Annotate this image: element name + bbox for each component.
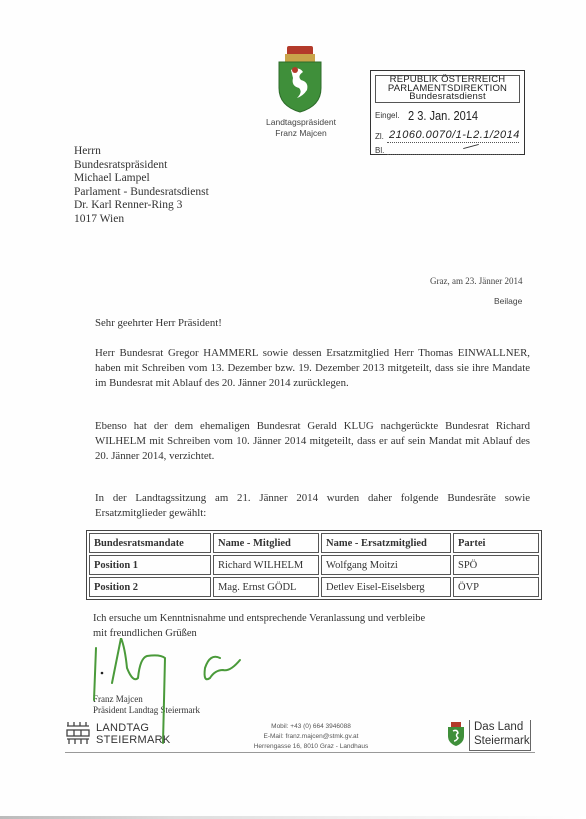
- table-cell: Position 2: [89, 577, 211, 597]
- paragraph-3: In der Landtagssitzung am 21. Jänner 201…: [95, 491, 530, 521]
- landtag-steiermark-logo-text: LANDTAG STEIERMARK: [96, 722, 171, 746]
- logo-line-2: STEIERMARK: [96, 734, 171, 746]
- closing-text: Ich ersuche um Kenntnisnahme und entspre…: [93, 612, 425, 641]
- receipt-stamp: REPUBLIK ÖSTERREICH PARLAMENTSDIREKTION …: [370, 70, 525, 155]
- address-line: Parlament - Bundesratsdienst: [74, 186, 209, 200]
- brand-line-2: Steiermark: [474, 734, 530, 748]
- table-cell: Mag. Ernst GÖDL: [213, 577, 319, 597]
- recipient-address: Herrn Bundesratspräsident Michael Lampel…: [74, 145, 209, 227]
- table-cell: Detlev Eisel-Eiselsberg: [321, 577, 451, 597]
- header-cell: Name - Mitglied: [213, 533, 319, 553]
- place-and-date: Graz, am 23. Jänner 2014: [430, 276, 522, 286]
- logo-line-1: LANDTAG: [96, 722, 171, 734]
- header-cell: Partei: [453, 533, 539, 553]
- paragraph-1: Herr Bundesrat Gregor HAMMERL sowie dess…: [95, 346, 530, 391]
- contact-email[interactable]: E-Mail: franz.majcen@stmk.gv.at: [232, 732, 390, 742]
- table-header-row: Bundesratsmandate Name - Mitglied Name -…: [89, 533, 539, 553]
- table-cell: Richard WILHELM: [213, 555, 319, 575]
- address-line: Michael Lampel: [74, 172, 209, 186]
- table-cell: Position 1: [89, 555, 211, 575]
- letterhead: Landtagspräsident Franz Majcen: [236, 117, 366, 139]
- stamp-bl-label: Bl.: [375, 146, 384, 155]
- stamp-header-box: REPUBLIK ÖSTERREICH PARLAMENTSDIREKTION …: [375, 75, 520, 103]
- address-line: Bundesratspräsident: [74, 159, 209, 173]
- mandates-table: Bundesratsmandate Name - Mitglied Name -…: [86, 530, 542, 600]
- das-land-steiermark-logo: Das Land Steiermark: [469, 720, 531, 751]
- letter-page: Landtagspräsident Franz Majcen REPUBLIK …: [0, 0, 586, 819]
- closing-line-1: Ich ersuche um Kenntnisnahme und entspre…: [93, 612, 425, 627]
- salutation: Sehr geehrter Herr Präsident!: [95, 317, 222, 329]
- stamp-line-3: Bundesratsdienst: [376, 93, 519, 102]
- styrian-coat-of-arms-icon: [273, 44, 327, 114]
- contact-mobile: Mobil: +43 (0) 664 3946088: [232, 722, 390, 732]
- paragraph-2: Ebenso hat der dem ehemaligen Bundesrat …: [95, 419, 530, 464]
- brand-line-1: Das Land: [474, 720, 530, 734]
- table-row: Position 1 Richard WILHELM Wolfgang Moit…: [89, 555, 539, 575]
- stamp-eingel-label: Eingel.: [375, 111, 399, 120]
- header-cell: Bundesratsmandate: [89, 533, 211, 553]
- header-cell: Name - Ersatzmitglied: [321, 533, 451, 553]
- table-cell: SPÖ: [453, 555, 539, 575]
- address-line: Dr. Karl Renner-Ring 3: [74, 199, 209, 213]
- stamp-zl-label: Zl.: [375, 132, 384, 141]
- stamp-zl-dots: [387, 142, 519, 143]
- letterhead-title: Landtagspräsident: [236, 117, 366, 128]
- contact-address: Herrengasse 16, 8010 Graz - Landhaus: [232, 742, 390, 752]
- stamp-bl-dots: [387, 154, 519, 155]
- contact-info: Mobil: +43 (0) 664 3946088 E-Mail: franz…: [232, 722, 390, 752]
- table-cell: ÖVP: [453, 577, 539, 597]
- footer-divider: [65, 752, 535, 753]
- landtag-building-icon: [66, 722, 90, 744]
- table-cell: Wolfgang Moitzi: [321, 555, 451, 575]
- address-line: Herrn: [74, 145, 209, 159]
- enclosure-note: Beilage: [494, 296, 522, 306]
- letterhead-name: Franz Majcen: [236, 128, 366, 139]
- table-row: Position 2 Mag. Ernst GÖDL Detlev Eisel-…: [89, 577, 539, 597]
- stamp-received-date: 2 3. Jan. 2014: [408, 108, 478, 123]
- land-steiermark-crest-icon: [447, 722, 465, 746]
- stamp-reference-number: 21060.0070/1-L2.1/2014: [389, 129, 520, 141]
- stamp-check-mark: [463, 144, 479, 149]
- address-line: 1017 Wien: [74, 213, 209, 227]
